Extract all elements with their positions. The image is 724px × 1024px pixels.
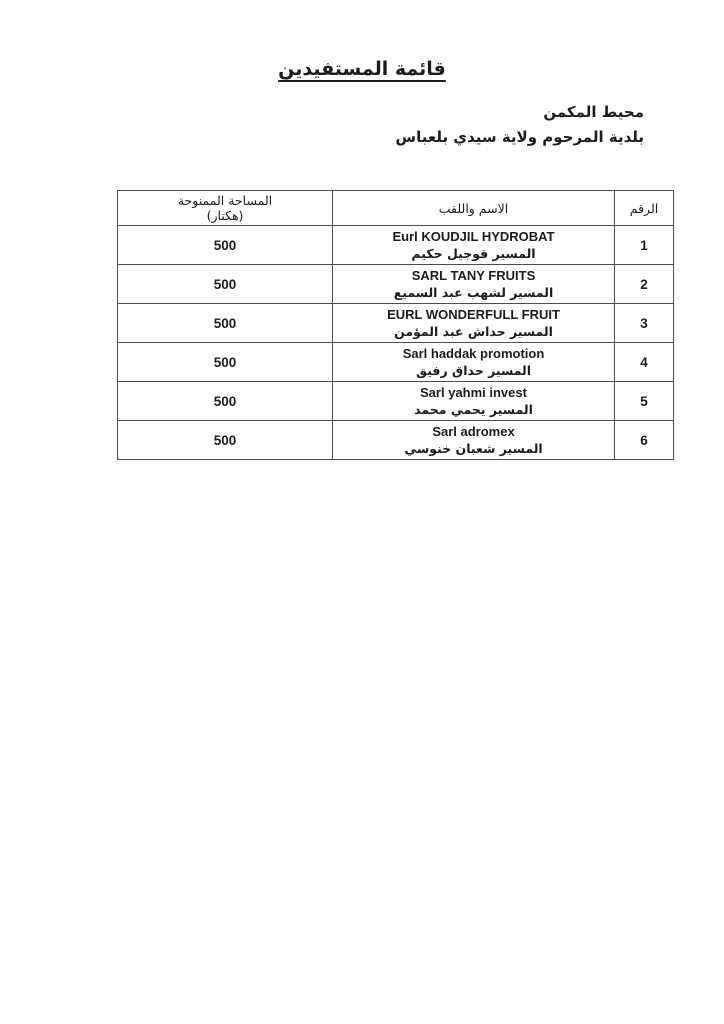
header-name: الاسم واللقب <box>333 191 615 226</box>
row-number: 3 <box>615 304 674 343</box>
table-header: الرقم الاسم واللقب المساحة الممنوحة (هكت… <box>118 191 674 226</box>
row-name-cell: Sarl adromex المسير شعبان خنوسي <box>333 421 615 460</box>
manager-name-arabic: المسير لشهب عبد السميع <box>337 284 610 301</box>
header-area-line1: المساحة الممنوحة <box>122 193 328 208</box>
row-area: 500 <box>118 343 333 382</box>
row-name-cell: Sarl yahmi invest المسير يحمي محمد <box>333 382 615 421</box>
row-number: 4 <box>615 343 674 382</box>
row-area: 500 <box>118 265 333 304</box>
row-number: 2 <box>615 265 674 304</box>
page-title-text: قائمة المستفيدين <box>278 58 446 80</box>
beneficiaries-table: الرقم الاسم واللقب المساحة الممنوحة (هكت… <box>117 190 674 460</box>
row-name-cell: EURL WONDERFULL FRUIT المسير حداش عبد ال… <box>333 304 615 343</box>
company-name-latin: SARL TANY FRUITS <box>337 267 610 284</box>
header-area: المساحة الممنوحة (هكتار) <box>118 191 333 226</box>
company-name-latin: Eurl KOUDJIL HYDROBAT <box>337 228 610 245</box>
row-area: 500 <box>118 421 333 460</box>
row-name-cell: SARL TANY FRUITS المسير لشهب عبد السميع <box>333 265 615 304</box>
row-area: 500 <box>118 226 333 265</box>
region-line-1: محيط المكمن <box>395 100 644 125</box>
table-row: 4 Sarl haddak promotion المسير حداق رفيق… <box>118 343 674 382</box>
region-block: محيط المكمن بلدية المرحوم ولاية سيدي بلع… <box>395 100 644 150</box>
header-number: الرقم <box>615 191 674 226</box>
row-name-cell: Eurl KOUDJIL HYDROBAT المسير قوجيل حكيم <box>333 226 615 265</box>
table-row: 1 Eurl KOUDJIL HYDROBAT المسير قوجيل حكي… <box>118 226 674 265</box>
row-area: 500 <box>118 382 333 421</box>
page-title: قائمة المستفيدين <box>0 58 724 80</box>
table-row: 2 SARL TANY FRUITS المسير لشهب عبد السمي… <box>118 265 674 304</box>
row-number: 5 <box>615 382 674 421</box>
header-area-line2: (هكتار) <box>122 208 328 223</box>
region-line-2: بلدية المرحوم ولاية سيدي بلعباس <box>395 125 644 150</box>
manager-name-arabic: المسير حداق رفيق <box>337 362 610 379</box>
manager-name-arabic: المسير قوجيل حكيم <box>337 245 610 262</box>
row-name-cell: Sarl haddak promotion المسير حداق رفيق <box>333 343 615 382</box>
manager-name-arabic: المسير يحمي محمد <box>337 401 610 418</box>
row-number: 6 <box>615 421 674 460</box>
company-name-latin: Sarl yahmi invest <box>337 384 610 401</box>
row-area: 500 <box>118 304 333 343</box>
table-row: 6 Sarl adromex المسير شعبان خنوسي 500 <box>118 421 674 460</box>
header-row: الرقم الاسم واللقب المساحة الممنوحة (هكت… <box>118 191 674 226</box>
row-number: 1 <box>615 226 674 265</box>
table-body: 1 Eurl KOUDJIL HYDROBAT المسير قوجيل حكي… <box>118 226 674 460</box>
table-row: 5 Sarl yahmi invest المسير يحمي محمد 500 <box>118 382 674 421</box>
table-row: 3 EURL WONDERFULL FRUIT المسير حداش عبد … <box>118 304 674 343</box>
manager-name-arabic: المسير حداش عبد المؤمن <box>337 323 610 340</box>
manager-name-arabic: المسير شعبان خنوسي <box>337 440 610 457</box>
company-name-latin: EURL WONDERFULL FRUIT <box>337 306 610 323</box>
company-name-latin: Sarl haddak promotion <box>337 345 610 362</box>
company-name-latin: Sarl adromex <box>337 423 610 440</box>
